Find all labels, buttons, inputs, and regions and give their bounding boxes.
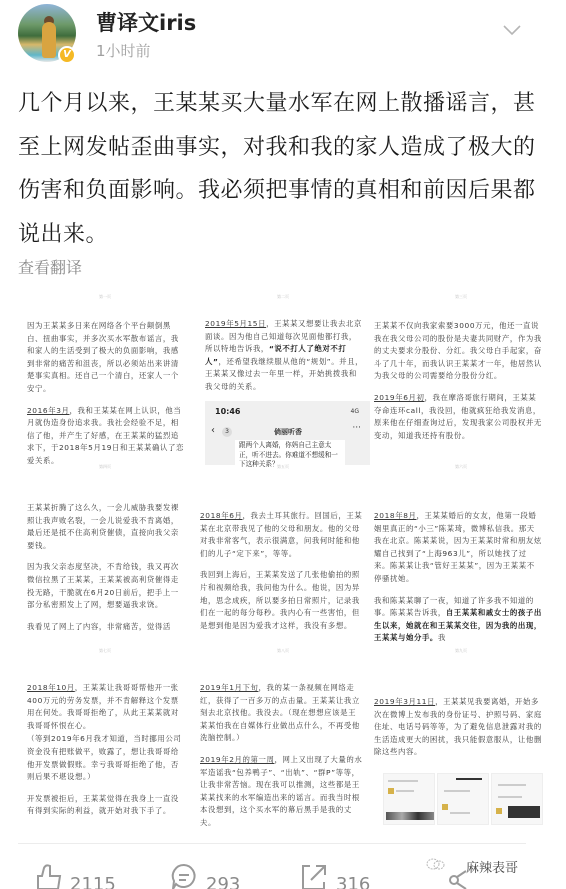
like-count: 2115 — [70, 874, 116, 889]
date-highlight: 2019年6月初 — [374, 393, 424, 402]
translate-link[interactable]: 查看翻译 — [18, 255, 82, 278]
comment-count: 293 — [206, 874, 240, 889]
thumbs-up-icon — [36, 862, 62, 889]
image-text: 2019年5月15日，王某某又想要让我去北京面谈。因为他自己知道每次见面他都打我… — [205, 318, 364, 403]
image-thumbnail-1[interactable]: 第一页 因为王某某多日来在网络各个平台颠倒黑白、扭曲事实，并多次买水军散布谣言，… — [18, 288, 192, 470]
image-thumbnail-2[interactable]: 第二页 2019年5月15日，王某某又想要让我去北京面谈。因为他自己知道每次见面… — [196, 288, 370, 470]
chevron-down-icon[interactable] — [502, 22, 522, 38]
image-text: 2018年6月，我去土耳其旅行。回国后，王某某在北京带我见了他的父母和朋友。他的… — [200, 510, 364, 641]
paragraph: （等到2019年6月我才知道，当时挪用公司资金没有把账做平，败露了，想让我哥哥给… — [27, 733, 186, 783]
page-label: 第一页 — [18, 294, 192, 300]
screenshot-thumb — [437, 773, 489, 825]
more-icon: ··· — [352, 423, 361, 433]
verified-badge-icon: V — [58, 46, 76, 64]
image-thumbnail-7[interactable]: 2018年10月，王某某让我哥哥帮他开一张400万元的劳务发票，并不肯解释这个发… — [18, 660, 192, 842]
wechat-icon — [426, 857, 446, 871]
screenshot-thumb — [383, 773, 435, 825]
date-highlight: 2019年3月11日 — [374, 697, 435, 706]
paragraph: 我和陈某某聊了一夜，知道了许多我不知道的事。陈某某告诉我，自王某某和戚女士的孩子… — [374, 595, 542, 645]
image-thumbnail-8[interactable]: 2019年1月下旬，我的某一条视频在网络走红，获得了一百多万的点击量。王某某让我… — [196, 660, 370, 842]
page-label: 第六页 — [374, 464, 548, 470]
paragraph: 因为王某某多日来在网络各个平台颠倒黑白、扭曲事实，并多次买水军散布谣言，我和家人… — [27, 320, 186, 396]
watermark: 麻辣表哥 — [466, 857, 518, 876]
image-thumbnail-4[interactable]: 王某某折腾了这么久，一会儿威胁我要发裸照让我声败名裂，一会儿说爱我不肯离婚，最后… — [18, 474, 192, 656]
paragraph: 2019年6月初，我在摩洛哥旅行期间，王某某夺命连环call，我没回，他就疯狂给… — [374, 392, 542, 442]
image-text: 2019年3月11日，王某某见我要离婚，开始多次在微博上发布我的身份证号、护照号… — [374, 696, 542, 768]
date-highlight: 2016年3月 — [27, 406, 70, 415]
page-label: 第三页 — [374, 294, 548, 300]
paragraph: 王某某折腾了这么久，一会儿威胁我要发裸照让我声败名裂，一会儿说爱我不肯离婚，最后… — [27, 502, 186, 552]
paragraph-text: 我 — [438, 633, 446, 642]
paragraph: 我看见了网上了内容，非常痛苦，觉得活 — [27, 621, 186, 634]
paragraph: 我回到上海后，王某某发送了几张他偷拍的照片和视频给我，我问他为什么。他说，因为异… — [200, 569, 364, 632]
post-content: 几个月以来，王某某买大量水军在网上散播谣言，甚至上网发帖歪曲事实，对我和我的家人… — [18, 82, 548, 256]
date-highlight: 2019年2月的第一周 — [200, 755, 274, 764]
paragraph-text: ，还希望我继续服从他的“规划”。并且，王某某又像过去一年里一样，开始挑拨我和我父… — [205, 357, 363, 391]
image-text: 王某某不仅向我家索要3000万元，他还一直说我在我父母公司的股份是夫妻共同财产，… — [374, 320, 542, 451]
paragraph: 2018年10月，王某某让我哥哥帮他开一张400万元的劳务发票，并不肯解释这个发… — [27, 682, 186, 732]
repost-button[interactable]: 316 — [300, 862, 370, 889]
repost-icon — [300, 862, 328, 889]
embedded-screenshots — [383, 773, 543, 828]
chat-screenshot: 10:46 4G ‹ 3 倘丽听香 ··· 跟两个人离婚，你妈自己主意太正，听不… — [205, 401, 370, 465]
paragraph-text: ，网上又出现了大量的水军造谣我“包养鸭子”、“出轨”、“群P”等等，让我非常苦恼… — [200, 755, 362, 827]
paragraph: 2019年5月15日，王某某又想要让我去北京面谈。因为他自己知道每次见面他都打我… — [205, 318, 364, 394]
post-timestamp: 1小时前 — [96, 40, 151, 61]
like-button[interactable]: 2115 — [36, 862, 116, 889]
date-highlight: 2019年1月下旬 — [200, 683, 258, 692]
date-highlight: 2018年6月 — [200, 511, 243, 520]
image-thumbnail-3[interactable]: 第三页 王某某不仅向我家索要3000万元，他还一直说我在我父母公司的股份是夫妻共… — [374, 288, 548, 470]
paragraph: 2018年8月，王某某婚后的女友，他第一段婚姻里真正的“小三”陈某琦，微博私信我… — [374, 510, 542, 586]
image-grid: 第一页 因为王某某多日来在网络各个平台颠倒黑白、扭曲事实，并多次买水军散布谣言，… — [18, 288, 548, 842]
comment-icon — [170, 862, 198, 889]
paragraph: 因为我父亲态度坚决，不肯给钱，我又再次微信拉黑了王某某，王某某被高利贷催得走投无… — [27, 561, 186, 611]
paragraph: 2019年3月11日，王某某见我要离婚，开始多次在微博上发布我的身份证号、护照号… — [374, 696, 542, 759]
image-thumbnail-9[interactable]: 2019年3月11日，王某某见我要离婚，开始多次在微博上发布我的身份证号、护照号… — [374, 660, 548, 842]
status-time: 10:46 — [215, 407, 240, 416]
comment-button[interactable]: 293 — [170, 862, 240, 889]
paragraph: 2016年3月，我和王某某在网上认识，他当月就伪造身份追求我。我社会经验不足，相… — [27, 405, 186, 468]
paragraph: 开发票被拒后，王某某觉得在我身上一直没有得到实际的利益，就开始对我下手了。 — [27, 793, 186, 818]
page-label: 第九页 — [374, 648, 548, 654]
image-thumbnail-5[interactable]: 2018年6月，我去土耳其旅行。回国后，王某某在北京带我见了他的父母和朋友。他的… — [196, 474, 370, 656]
paragraph-text: ，王某某婚后的女友，他第一段婚姻里真正的“小三”陈某琦，微博私信我。那天我在北京… — [374, 511, 542, 583]
page-label: 第五页 — [196, 464, 370, 470]
image-text: 2019年1月下旬，我的某一条视频在网络走红，获得了一百多万的点击量。王某某让我… — [200, 682, 364, 839]
divider — [18, 843, 526, 844]
screenshot-thumb — [491, 773, 543, 825]
paragraph: 王某某不仅向我家索要3000万元，他还一直说我在我父母公司的股份是夫妻共同财产，… — [374, 320, 542, 383]
page-label: 第七页 — [18, 648, 192, 654]
paragraph: 2019年1月下旬，我的某一条视频在网络走红，获得了一百多万的点击量。王某某让我… — [200, 682, 364, 745]
share-icon[interactable] — [448, 870, 472, 889]
image-text: 2018年10月，王某某让我哥哥帮他开一张400万元的劳务发票，并不肯解释这个发… — [27, 682, 186, 827]
date-highlight: 2018年8月 — [374, 511, 417, 520]
date-highlight: 2018年10月 — [27, 683, 75, 692]
paragraph: 2018年6月，我去土耳其旅行。回国后，王某某在北京带我见了他的父母和朋友。他的… — [200, 510, 364, 560]
post-header: V 曹译文iris 1小时前 — [0, 0, 566, 80]
avatar-figure — [42, 22, 56, 58]
chat-contact-name: 倘丽听香 — [205, 427, 370, 437]
image-text: 王某某折腾了这么久，一会儿威胁我要发裸照让我声败名裂，一会儿说爱我不肯离婚，最后… — [27, 502, 186, 642]
page-label: 第二页 — [196, 294, 370, 300]
page-label: 第八页 — [196, 648, 370, 654]
page-label: 第四页 — [18, 464, 192, 470]
image-text: 因为王某某多日来在网络各个平台颠倒黑白、扭曲事实，并多次买水军散布谣言，我和家人… — [27, 320, 186, 470]
image-text: 2018年8月，王某某婚后的女友，他第一段婚姻里真正的“小三”陈某琦，微博私信我… — [374, 510, 542, 654]
image-thumbnail-6[interactable]: 2018年8月，王某某婚后的女友，他第一段婚姻里真正的“小三”陈某琦，微博私信我… — [374, 474, 548, 656]
paragraph: 2019年2月的第一周，网上又出现了大量的水军造谣我“包养鸭子”、“出轨”、“群… — [200, 754, 364, 830]
date-highlight: 2019年5月15日 — [205, 319, 266, 328]
author-name[interactable]: 曹译文iris — [96, 7, 196, 37]
signal-indicator: 4G — [351, 408, 359, 415]
action-bar: 2115 293 316 麻辣表哥 — [0, 850, 566, 889]
repost-count: 316 — [336, 874, 370, 889]
